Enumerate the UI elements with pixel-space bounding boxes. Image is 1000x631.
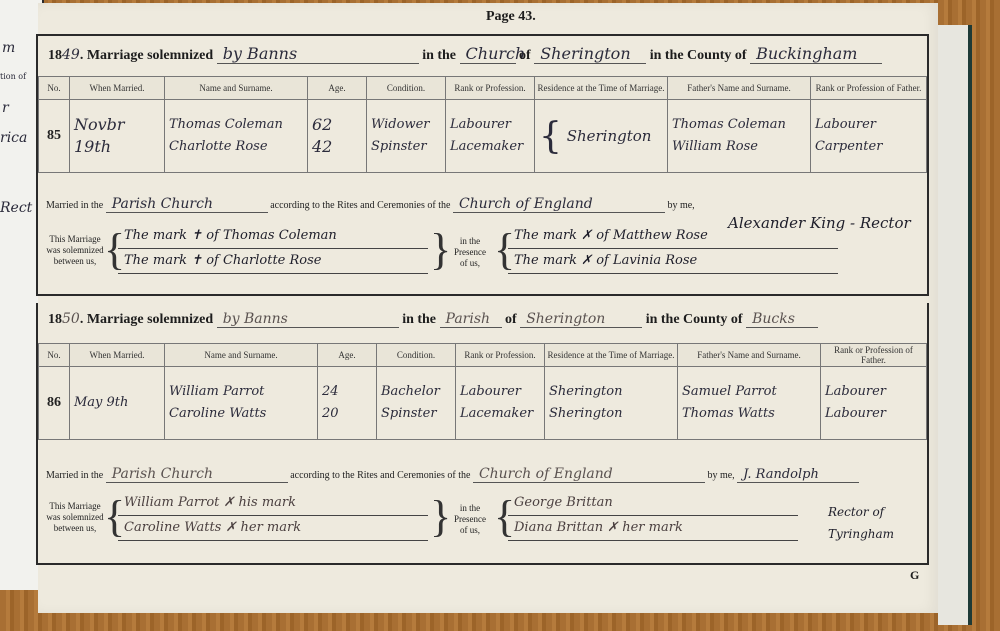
register-table: No. When Married. Name and Surname. Age.… [38,343,927,440]
signature-letter: G [910,568,919,583]
prev-page-fragment: tion of [0,72,26,81]
entry-header: 1850. Marriage solemnized by Banns in th… [48,311,818,328]
page-number: Page 43. [486,9,536,25]
prev-page-fragment: Rect [0,200,32,216]
signature-line: The mark ✗ of Lavinia Rose [508,249,838,274]
rites-of: Church of England [453,196,665,213]
year-suffix: 49 [62,47,80,63]
solemnized-between-label: This Marriage was solemnized between us, [46,234,104,267]
witness-signatures: The mark ✗ of Matthew Rose The mark ✗ of… [508,224,838,274]
table-header-row: No. When Married. Name and Surname. Age.… [39,77,927,100]
county: Buckingham [750,44,882,64]
prev-page-fragment: m [2,40,15,56]
signature-line: William Parrot ✗ his mark [118,491,428,516]
presence-label: in the Presence of us, [450,503,490,536]
party-signatures: The mark ✝ of Thomas Coleman The mark ✝ … [118,224,428,274]
parish: Sherington [534,44,646,64]
table-row: 86 May 9th William ParrotCaroline Watts … [39,367,927,440]
married-in: Parish Church [106,466,288,483]
officiant-signature: J. Randolph [737,467,859,483]
party-signatures: William Parrot ✗ his mark Caroline Watts… [118,491,428,541]
signature-line: The mark ✗ of Matthew Rose [508,224,838,249]
witness-signatures: George Brittan Diana Brittan ✗ her mark [508,491,798,541]
book-edge [938,25,972,625]
register-page: Page 43. 1849. Marriage solemnized by Ba… [38,3,938,613]
presence-label: in the Presence of us, [450,236,490,269]
table-row: 85 Novbr 19th Thomas ColemanCharlotte Ro… [39,100,927,173]
officiant-title: Rector of Tyringham [828,501,908,545]
solemnized-by: by Banns [217,311,399,328]
prev-page-fragment: rica [0,130,27,146]
signature-line: Diana Brittan ✗ her mark [508,516,798,541]
place-type: Church [460,44,516,64]
married-in: Parish Church [106,196,268,213]
signature-line: The mark ✝ of Charlotte Rose [118,249,428,274]
county: Bucks [746,311,818,328]
signature-line: Caroline Watts ✗ her mark [118,516,428,541]
signature-line: George Brittan [508,491,798,516]
married-in-line: Married in the Parish Church according t… [46,196,695,213]
prev-page-fragment: r [2,100,9,116]
marriage-entry-86: 1850. Marriage solemnized by Banns in th… [36,303,929,565]
place-type: Parish [440,311,502,328]
entry-header: 1849. Marriage solemnized by Banns in th… [48,44,882,64]
parish: Sherington [520,311,642,328]
marriage-entry-85: 1849. Marriage solemnized by Banns in th… [36,34,929,296]
register-table: No. When Married. Name and Surname. Age.… [38,76,927,173]
solemnized-between-label: This Marriage was solemnized between us, [46,501,104,534]
married-in-line: Married in the Parish Church according t… [46,466,859,483]
solemnized-by: by Banns [217,44,419,64]
rites-of: Church of England [473,466,705,483]
signature-line: The mark ✝ of Thomas Coleman [118,224,428,249]
year-suffix: 50 [62,311,80,327]
table-header-row: No. When Married. Name and Surname. Age.… [39,344,927,367]
